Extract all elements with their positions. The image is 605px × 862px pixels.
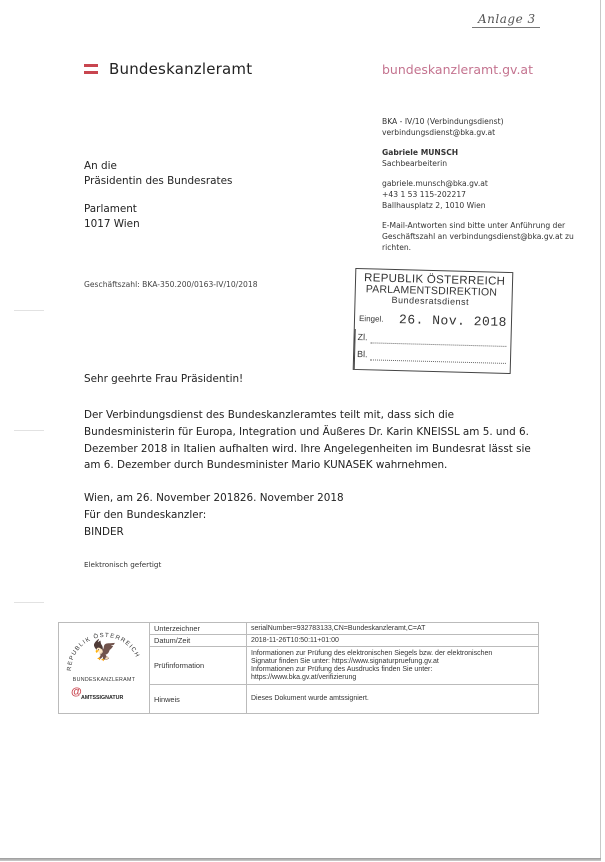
recipient-line: Parlament bbox=[84, 202, 232, 217]
letter-body: Der Verbindungsdienst des Bundeskanzlera… bbox=[84, 407, 534, 474]
austrian-eagle-icon: 🦅 bbox=[92, 641, 117, 661]
sig-label: Hinweis bbox=[150, 685, 247, 714]
fold-mark bbox=[14, 310, 44, 311]
salutation: Sehr geehrte Frau Präsidentin! bbox=[84, 373, 243, 385]
handwritten-annotation: Anlage 3 bbox=[478, 12, 536, 26]
sender-department-email[interactable]: verbindungsdienst@bka.gv.at bbox=[382, 127, 592, 138]
sender-role: Sachbearbeiterin bbox=[382, 158, 592, 169]
page-edge-bottom bbox=[0, 858, 601, 861]
sig-value: Informationen zur Prüfung des elektronis… bbox=[247, 647, 539, 685]
sender-email[interactable]: gabriele.munsch@bka.gv.at bbox=[382, 178, 592, 189]
recipient-line: An die bbox=[84, 159, 232, 174]
sig-info-line: Informationen zur Prüfung des Ausdrucks … bbox=[251, 666, 534, 674]
header-logo: Bundeskanzleramt bbox=[84, 60, 252, 78]
reply-note-line: richten. bbox=[382, 242, 592, 253]
sender-block: BKA - IV/10 (Verbindungsdienst) verbindu… bbox=[382, 116, 592, 253]
austrian-flag-icon bbox=[84, 64, 98, 74]
recipient-line: Präsidentin des Bundesrates bbox=[84, 174, 232, 189]
stamp-zl-label: Zl. bbox=[357, 332, 367, 342]
signatory-name: BINDER bbox=[84, 524, 344, 541]
sig-value: serialNumber=932783133,CN=Bundeskanzlera… bbox=[247, 623, 539, 635]
signatory-prefix: Für den Bundeskanzler: bbox=[84, 507, 344, 524]
fold-mark bbox=[14, 602, 44, 603]
sig-label: Datum/Zeit bbox=[150, 635, 247, 647]
electronic-note: Elektronisch gefertigt bbox=[84, 560, 161, 569]
fold-mark bbox=[14, 430, 44, 431]
stamp-bl-line bbox=[370, 359, 506, 364]
sender-address: Ballhausplatz 2, 1010 Wien bbox=[382, 200, 592, 211]
reference-number: Geschäftszahl: BKA-350.200/0163-IV/10/20… bbox=[84, 280, 258, 289]
sig-info-line[interactable]: Signatur finden Sie unter: https://www.s… bbox=[251, 658, 534, 666]
sig-info-line[interactable]: https://www.bka.gv.at/verifizierung bbox=[251, 674, 534, 682]
stamp-line: Bundesratsdienst bbox=[391, 295, 469, 307]
closing-block: Wien, am 26. November 201826. November 2… bbox=[84, 490, 344, 540]
sender-name: Gabriele MUNSCH bbox=[382, 147, 592, 158]
reply-note-line: Geschäftszahl an verbindungsdienst@bka.g… bbox=[382, 231, 592, 242]
place-date: Wien, am 26. November 201826. November 2… bbox=[84, 490, 344, 507]
recipient-address: An die Präsidentin des Bundesrates Parla… bbox=[84, 159, 232, 231]
sig-value: 2018-11-26T10:50:11+01:00 bbox=[247, 635, 539, 647]
sender-department: BKA - IV/10 (Verbindungsdienst) bbox=[382, 116, 592, 127]
page-edge-right bbox=[600, 0, 601, 860]
stamp-bl-label: Bl. bbox=[357, 349, 368, 359]
reply-note-line: E-Mail-Antworten sind bitte unter Anführ… bbox=[382, 220, 592, 231]
seal-org: BUNDESKANZLERAMT bbox=[59, 677, 149, 683]
receipt-stamp: REPUBLIK ÖSTERREICH PARLAMENTSDIREKTION … bbox=[353, 268, 514, 374]
logo-text: Bundeskanzleramt bbox=[109, 60, 252, 78]
sender-phone: +43 1 53 115-202217 bbox=[382, 189, 592, 200]
website-link[interactable]: bundeskanzleramt.gv.at bbox=[382, 62, 533, 77]
sig-info-line: Informationen zur Prüfung des elektronis… bbox=[251, 650, 534, 658]
stamp-received-label: Eingel. bbox=[359, 314, 384, 324]
recipient-line: 1017 Wien bbox=[84, 217, 232, 232]
sig-label: Unterzeichner bbox=[150, 623, 247, 635]
official-seal: REPUBLIK ÖSTERREICH 🦅 BUNDESKANZLERAMT @… bbox=[59, 623, 150, 714]
sig-label: Prüfinformation bbox=[150, 647, 247, 685]
stamp-received-date: 26. Nov. 2018 bbox=[399, 312, 507, 330]
sig-value: Dieses Dokument wurde amtssigniert. bbox=[247, 685, 539, 714]
stamp-zl-line bbox=[370, 342, 506, 347]
seal-badge-text: AMTSSIGNATUR bbox=[81, 695, 123, 701]
signature-table: REPUBLIK ÖSTERREICH 🦅 BUNDESKANZLERAMT @… bbox=[58, 622, 539, 714]
